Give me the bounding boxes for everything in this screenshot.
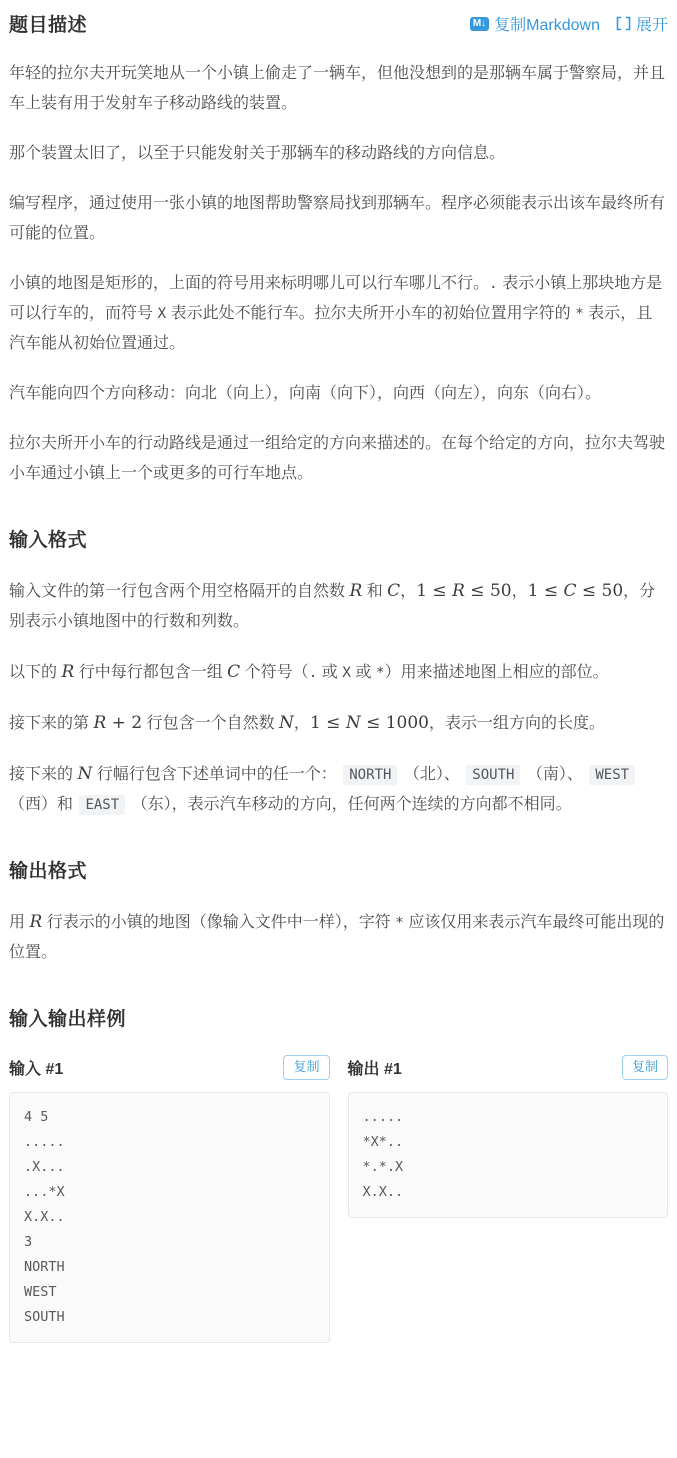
code-run: * [575, 306, 584, 322]
copy-output-button[interactable]: 复制 [622, 1055, 668, 1080]
mi-run: R [29, 912, 42, 932]
text-run: 和 [362, 583, 387, 600]
sample-output-label: 输出 #1 [348, 1056, 402, 1079]
input-format-paragraph: 接下来的第 R + 2 行包含一个自然数 N，1 ≤ N ≤ 1000，表示一组… [9, 708, 668, 739]
text-run: （北）、 [399, 766, 464, 783]
description-paragraph: 编写程序，通过使用一张小镇的地图帮助警察局找到那辆车。程序必须能表示出该车最终所… [9, 189, 668, 249]
sample-input-column: 输入 #1 复制 4 5 ..... .X... ...*X X.X.. 3 N… [9, 1055, 330, 1343]
copy-markdown-label: 复制Markdown [494, 12, 600, 35]
mn-run: ≤ 1000 [361, 713, 429, 733]
text-run: 行幅行包含下述单词中的任一个： [92, 766, 341, 783]
mi-run: N [279, 713, 294, 733]
output-format-title: 输出格式 [9, 856, 668, 883]
mi-run: C [227, 662, 240, 682]
description-paragraph: 年轻的拉尔夫开玩笑地从一个小镇上偷走了一辆车，但他没想到的是那辆车属于警察局，并… [9, 59, 668, 119]
sample-output-code: ..... *X*.. *.*.X X.X.. [348, 1092, 669, 1218]
input-format-paragraph: 接下来的 N 行幅行包含下述单词中的任一个： NORTH （北）、 SOUTH … [9, 759, 668, 820]
text-run: （东），表示汽车移动的方向，任何两个连续的方向都不相同。 [127, 796, 571, 813]
text-run: 行表示的小镇的地图（像输入文件中一样），字符 [42, 914, 395, 931]
description-paragraph: 小镇的地图是矩形的，上面的符号用来标明哪儿可以行车哪儿不行。. 表示小镇上那块地… [9, 269, 668, 359]
text-run: （南）、 [522, 766, 587, 783]
code-run: * [395, 915, 404, 931]
code-run: . [489, 276, 498, 292]
expand-icon [616, 16, 631, 31]
mi-run: N [77, 764, 92, 784]
copy-input-button[interactable]: 复制 [283, 1055, 329, 1080]
output-format-paragraph: 用 R 行表示的小镇的地图（像输入文件中一样），字符 * 应该仅用来表示汽车最终… [9, 907, 668, 968]
text-run: 或 [317, 664, 342, 681]
text-run: 接下来的第 [9, 715, 93, 732]
codebox-run: SOUTH [466, 765, 520, 785]
mi-run: C [387, 581, 400, 601]
expand-label: 展开 [636, 12, 668, 35]
input-format-paragraph: 以下的 R 行中每行都包含一组 C 个符号（. 或 X 或 *）用来描述地图上相… [9, 657, 668, 688]
mi-run: R [61, 662, 74, 682]
problem-description: 年轻的拉尔夫开玩笑地从一个小镇上偷走了一辆车，但他没想到的是那辆车属于警察局，并… [9, 59, 668, 489]
text-run: 行包含一个自然数 [142, 715, 279, 732]
text-run: 行中每行都包含一组 [74, 664, 227, 681]
sample-input-header: 输入 #1 复制 [9, 1055, 330, 1080]
description-paragraph: 汽车能向四个方向移动：向北（向上），向南（向下），向西（向左），向东（向右）。 [9, 379, 668, 409]
expand-button[interactable]: 展开 [616, 12, 668, 35]
input-format-section: 输入文件的第一行包含两个用空格隔开的自然数 R 和 C，1 ≤ R ≤ 50，1… [9, 576, 668, 820]
text-run: 用 [9, 914, 29, 931]
text-run: 拉尔夫所开小车的行动路线是通过一组给定的方向来描述的。在每个给定的方向，拉尔夫驾… [9, 435, 665, 482]
sample-output-column: 输出 #1 复制 ..... *X*.. *.*.X X.X.. [348, 1055, 669, 1218]
input-format-paragraph: 输入文件的第一行包含两个用空格隔开的自然数 R 和 C，1 ≤ R ≤ 50，1… [9, 576, 668, 637]
text-run: 个符号（ [240, 664, 308, 681]
text-run: 输入文件的第一行包含两个用空格隔开的自然数 [9, 583, 349, 600]
sample-output-header: 输出 #1 复制 [348, 1055, 669, 1080]
copy-markdown-button[interactable]: M↓ 复制Markdown [470, 12, 600, 35]
text-run: （西）和 [9, 796, 77, 813]
page-title: 题目描述 [9, 10, 87, 37]
sample-input-label: 输入 #1 [9, 1056, 63, 1079]
text-run: 小镇的地图是矩形的，上面的符号用来标明哪儿可以行车哪儿不行。 [9, 275, 489, 292]
mn-run: 1 ≤ [528, 581, 564, 601]
mi-run: R [349, 581, 362, 601]
code-run: * [376, 665, 385, 681]
mn-run: ≤ 50 [465, 581, 512, 601]
mi-run: R [452, 581, 465, 601]
text-run: ， [294, 715, 310, 732]
description-paragraph: 拉尔夫所开小车的行动路线是通过一组给定的方向来描述的。在每个给定的方向，拉尔夫驾… [9, 429, 668, 489]
mi-run: N [346, 713, 361, 733]
text-run: ， [400, 583, 416, 600]
mn-run: + 2 [106, 713, 142, 733]
mi-run: R [93, 713, 106, 733]
codebox-run: EAST [79, 795, 125, 815]
samples-title: 输入输出样例 [9, 1004, 668, 1031]
mn-run: 1 ≤ [310, 713, 346, 733]
text-run: 或 [351, 664, 376, 681]
mn-run: 1 ≤ [416, 581, 452, 601]
text-run: 那个装置太旧了，以至于只能发射关于那辆车的移动路线的方向信息。 [9, 145, 505, 162]
codebox-run: WEST [589, 765, 635, 785]
markdown-icon: M↓ [470, 17, 489, 31]
description-paragraph: 那个装置太旧了，以至于只能发射关于那辆车的移动路线的方向信息。 [9, 139, 668, 169]
code-run: X [342, 665, 351, 681]
codebox-run: NORTH [343, 765, 397, 785]
text-run: ，表示一组方向的长度。 [429, 715, 605, 732]
samples-section: 输入 #1 复制 4 5 ..... .X... ...*X X.X.. 3 N… [9, 1055, 668, 1343]
output-format-section: 用 R 行表示的小镇的地图（像输入文件中一样），字符 * 应该仅用来表示汽车最终… [9, 907, 668, 968]
text-run: 编写程序，通过使用一张小镇的地图帮助警察局找到那辆车。程序必须能表示出该车最终所… [9, 195, 665, 242]
description-header: 题目描述 M↓ 复制Markdown 展开 [9, 10, 668, 37]
header-actions: M↓ 复制Markdown 展开 [470, 12, 668, 35]
code-run: X [157, 306, 166, 322]
text-run: ）用来描述地图上相应的部位。 [385, 664, 609, 681]
mi-run: C [563, 581, 576, 601]
text-run: 汽车能向四个方向移动：向北（向上），向南（向下），向西（向左），向东（向右）。 [9, 385, 601, 402]
mn-run: ≤ 50 [576, 581, 623, 601]
sample-input-code: 4 5 ..... .X... ...*X X.X.. 3 NORTH WEST… [9, 1092, 330, 1343]
input-format-title: 输入格式 [9, 525, 668, 552]
text-run: 以下的 [9, 664, 61, 681]
text-run: 表示此处不能行车。拉尔夫所开小车的初始位置用字符的 [166, 305, 575, 322]
text-run: 年轻的拉尔夫开玩笑地从一个小镇上偷走了一辆车，但他没想到的是那辆车属于警察局，并… [9, 65, 665, 112]
text-run: ， [512, 583, 528, 600]
text-run: 接下来的 [9, 766, 77, 783]
